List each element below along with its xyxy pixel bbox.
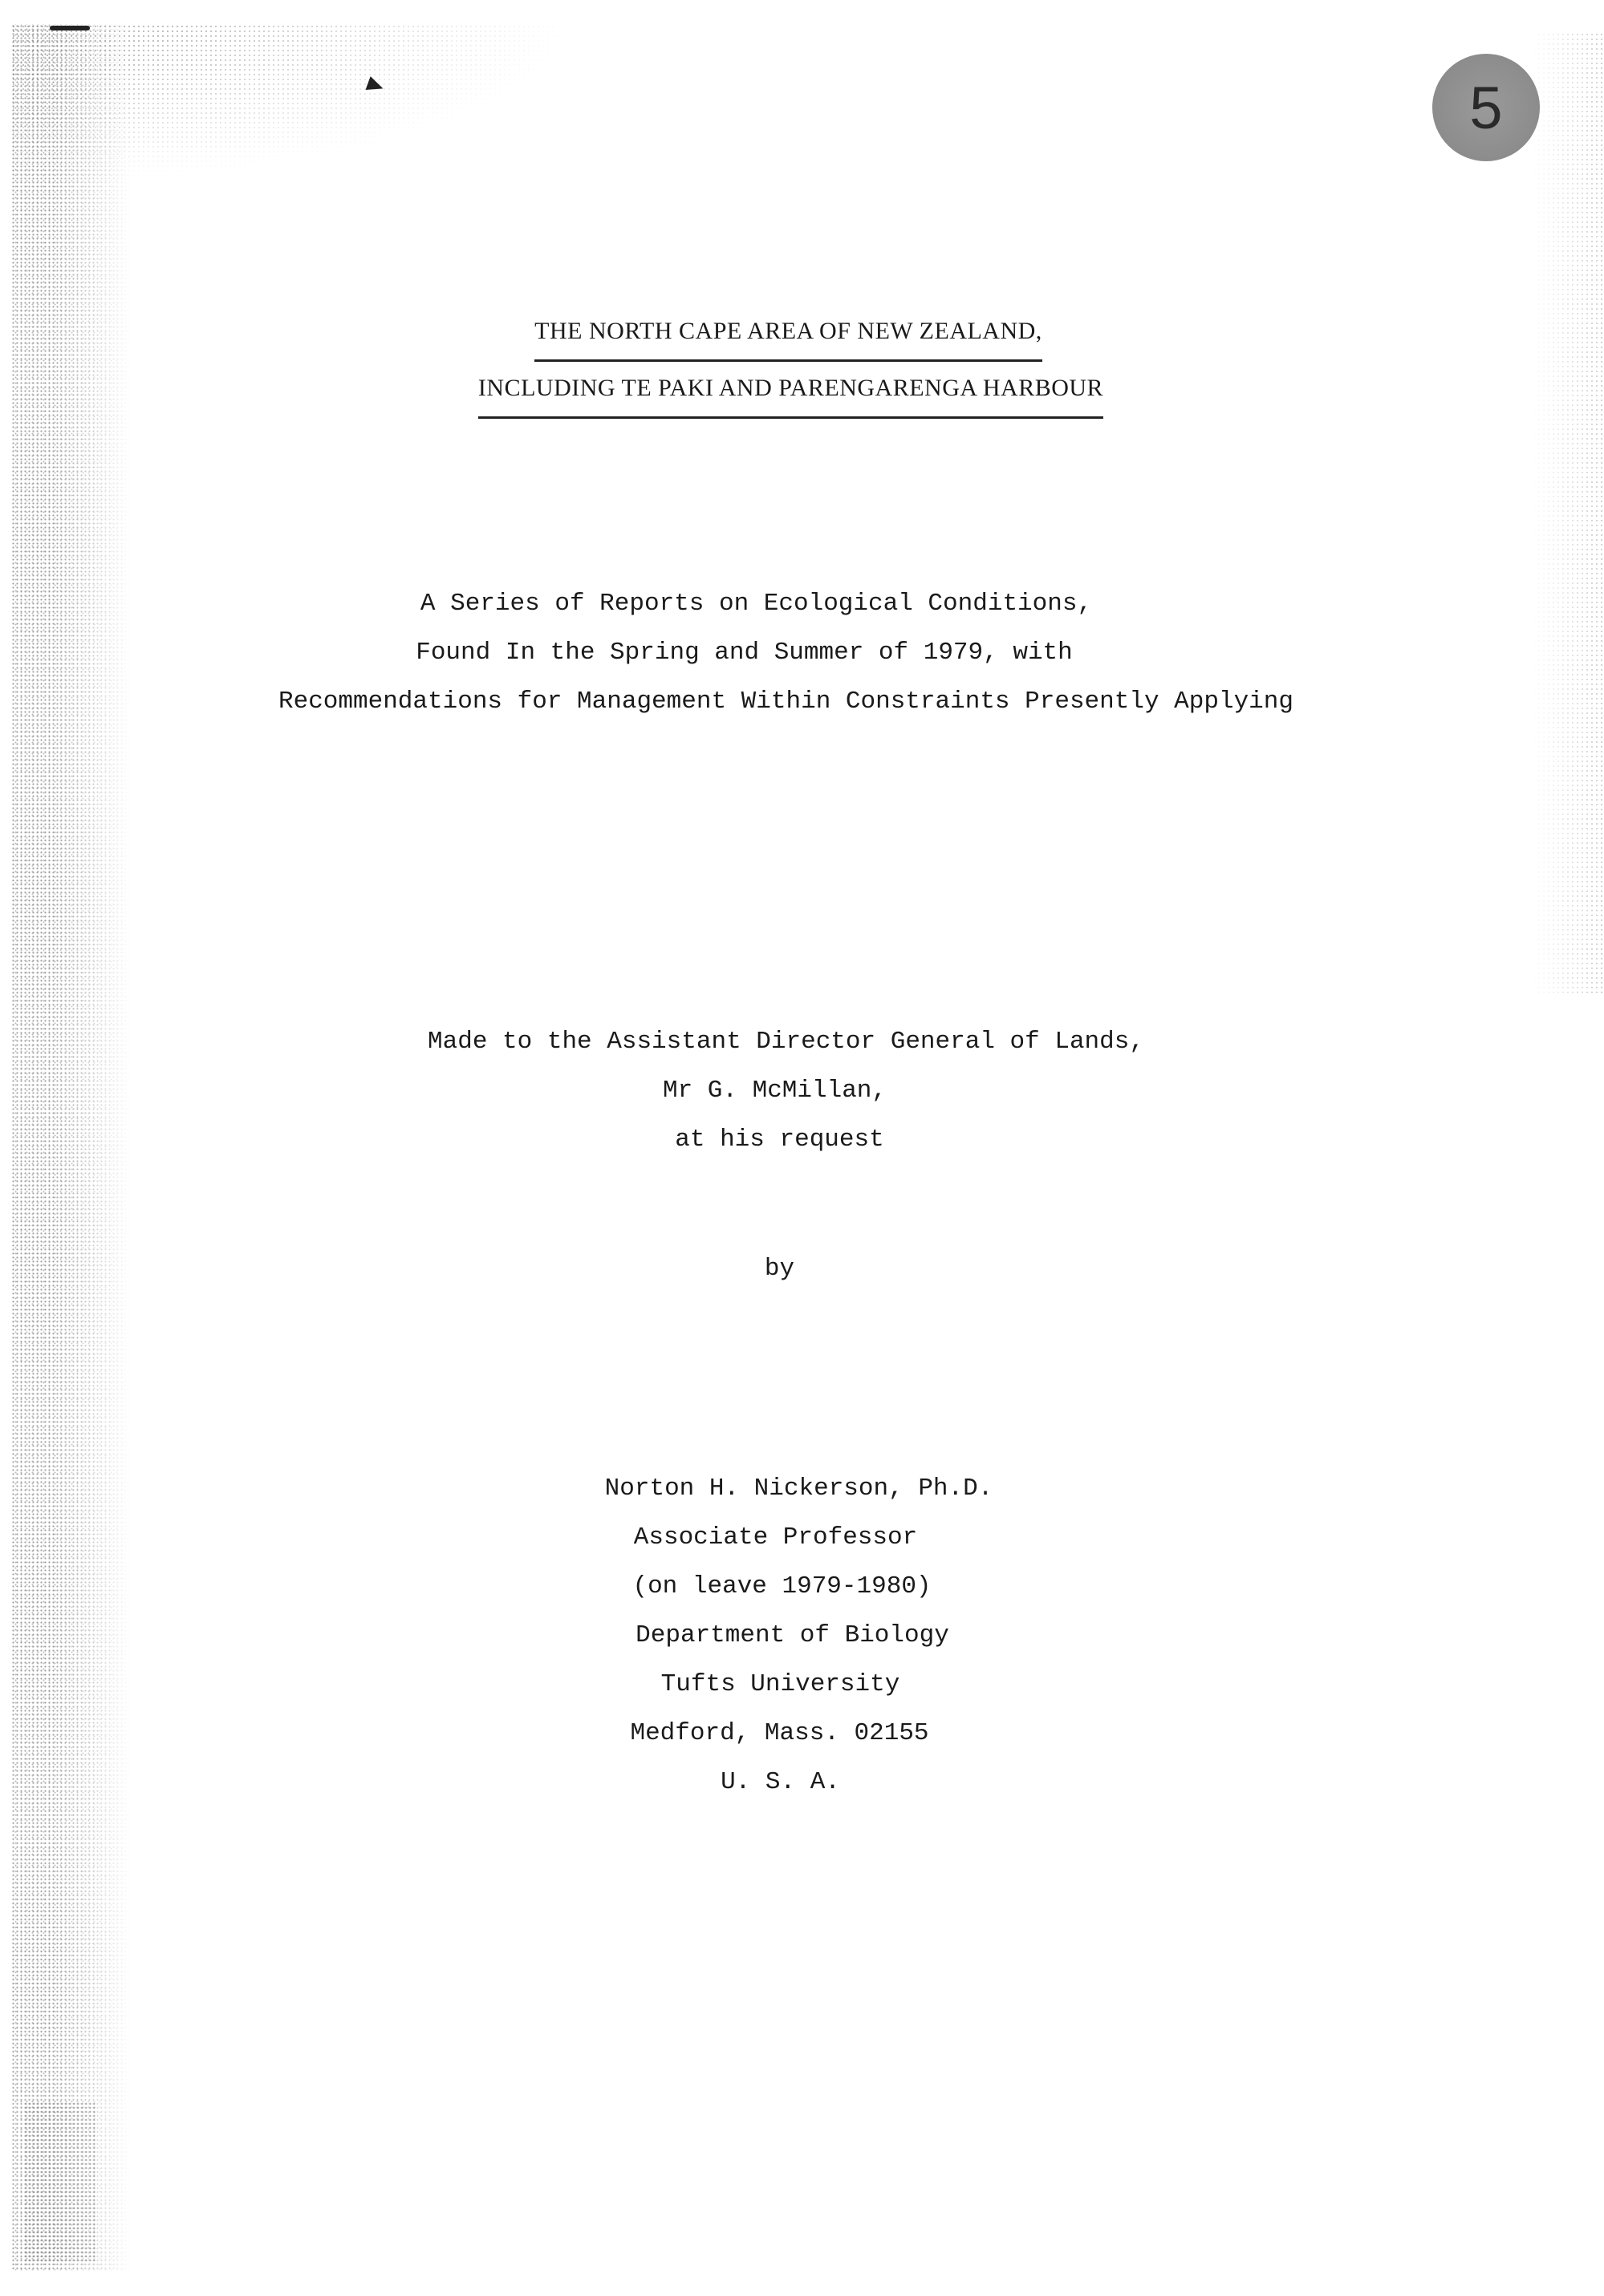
page-number: 5 bbox=[1469, 74, 1502, 142]
scan-noise-top-left bbox=[11, 24, 573, 185]
recipient-line-2: Mr G. McMillan, bbox=[0, 1066, 1577, 1115]
recipient-block: Made to the Assistant Director General o… bbox=[0, 1017, 1604, 1164]
scan-noise-right-edge bbox=[1532, 32, 1604, 995]
page-number-badge: 5 bbox=[1432, 54, 1540, 161]
author-name: Norton H. Nickerson, Ph.D. bbox=[0, 1464, 1601, 1513]
author-institution: Tufts University bbox=[0, 1660, 1582, 1709]
recipient-line-1: Made to the Assistant Director General o… bbox=[0, 1017, 1588, 1066]
subtitle-line-2: Found In the Spring and Summer of 1979, … bbox=[0, 628, 1546, 677]
recipient-line-3: at his request bbox=[0, 1115, 1582, 1164]
subtitle-line-3: Recommendations for Management Within Co… bbox=[0, 677, 1588, 726]
author-leave-note: (on leave 1979-1980) bbox=[0, 1562, 1584, 1611]
by-label-block: by bbox=[0, 1250, 1604, 1288]
author-country: U. S. A. bbox=[0, 1758, 1582, 1807]
author-department: Department of Biology bbox=[0, 1611, 1594, 1660]
author-city: Medford, Mass. 02155 bbox=[0, 1709, 1582, 1758]
title-line-1: THE NORTH CAPE AREA OF NEW ZEALAND, bbox=[534, 305, 1042, 362]
document-title: THE NORTH CAPE AREA OF NEW ZEALAND, INCL… bbox=[0, 305, 1604, 419]
subtitle-line-1: A Series of Reports on Ecological Condit… bbox=[0, 579, 1558, 628]
scan-noise-bottom-left bbox=[24, 2102, 96, 2262]
document-subtitle: A Series of Reports on Ecological Condit… bbox=[0, 579, 1604, 726]
title-line-2: INCLUDING TE PAKI AND PARENGARENGA HARBO… bbox=[478, 362, 1103, 419]
author-block: Norton H. Nickerson, Ph.D. Associate Pro… bbox=[0, 1464, 1604, 1807]
by-label: by bbox=[0, 1250, 1582, 1288]
ink-mark bbox=[50, 26, 90, 30]
scanned-page: 5 THE NORTH CAPE AREA OF NEW ZEALAND, IN… bbox=[0, 0, 1604, 2296]
author-position: Associate Professor bbox=[0, 1513, 1578, 1562]
